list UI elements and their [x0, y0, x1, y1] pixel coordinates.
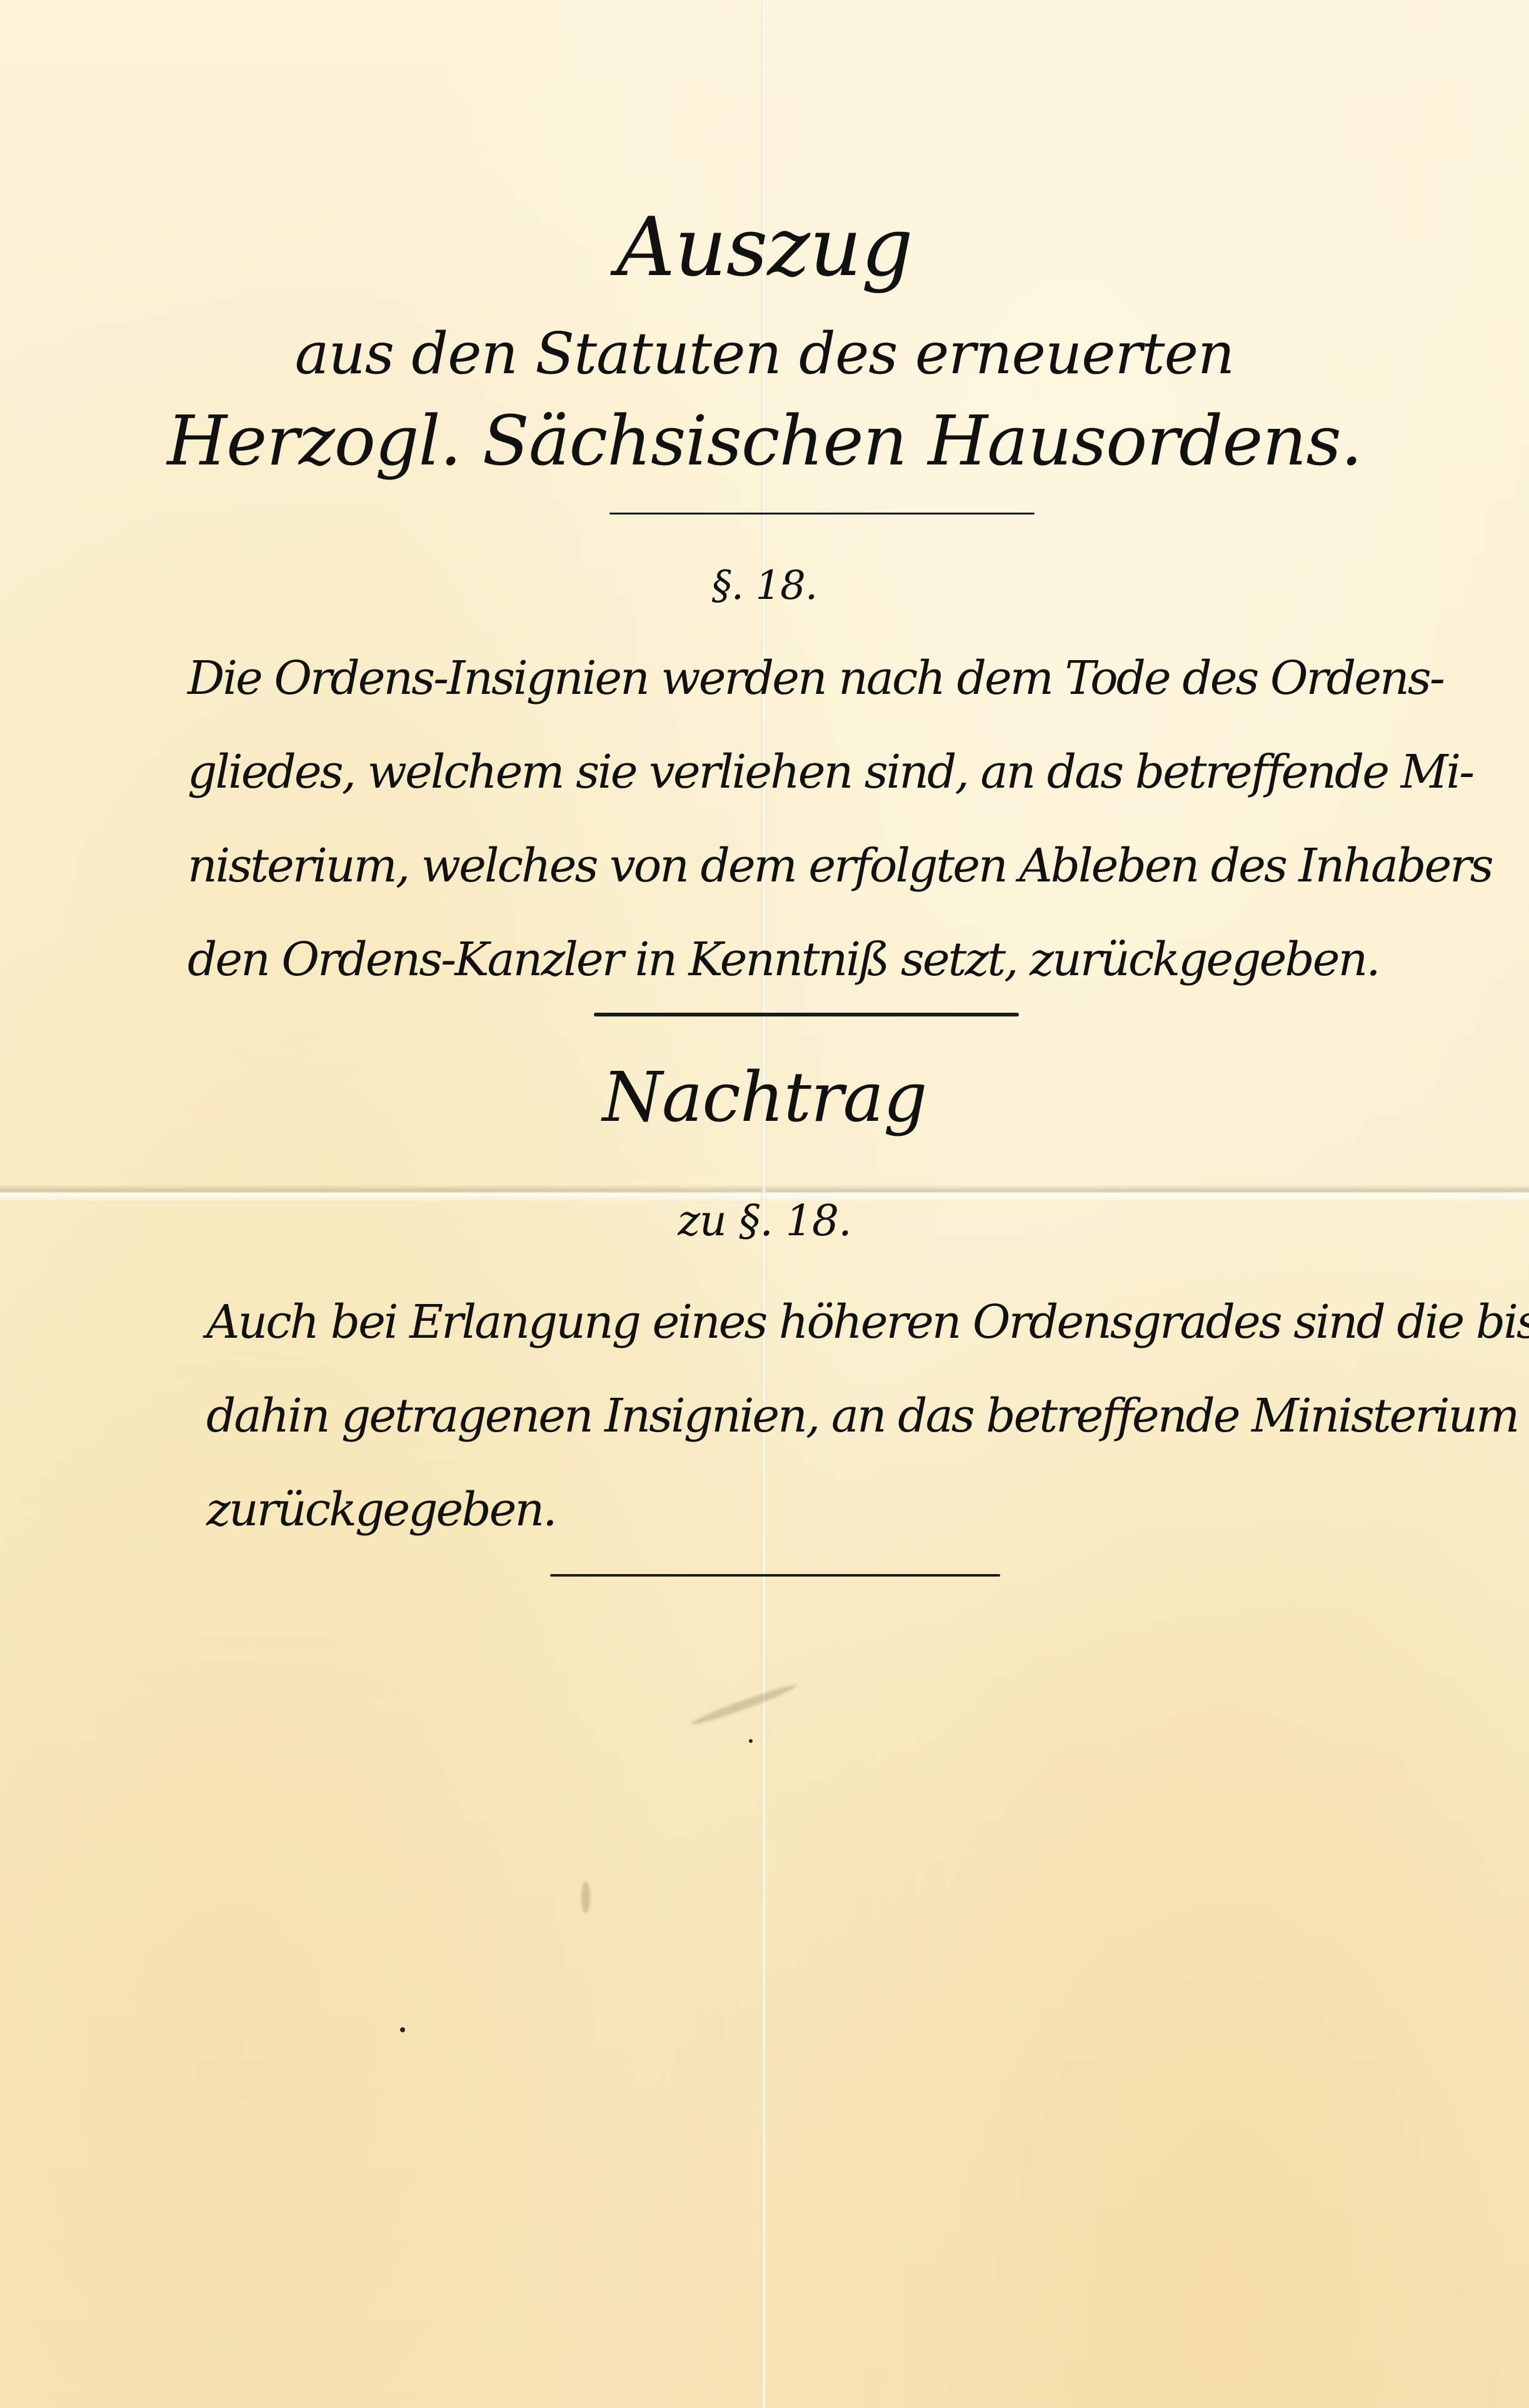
- ink-dot: [400, 2027, 405, 2032]
- paragraph-line: dahin getragenen Insignien, an das betre…: [206, 1369, 1431, 1463]
- supplement-paragraph: Auch bei Erlangung eines höheren Ordensg…: [206, 1275, 1431, 1557]
- divider-rule: [550, 1574, 1000, 1577]
- supplement-heading: Nachtrag: [0, 1063, 1529, 1131]
- document-subtitle-line-1: aus den Statuten des erneuerten: [0, 325, 1529, 383]
- supplement-subheading: zu §. 18.: [0, 1200, 1529, 1243]
- paragraph-line: gliedes, welchem sie verliehen sind, an …: [188, 725, 1413, 819]
- divider-rule: [594, 1013, 1019, 1016]
- paragraph-line: Die Ordens-Insignien werden nach dem Tod…: [188, 631, 1413, 725]
- paragraph-line: den Ordens-Kanzler in Kenntniß setzt, zu…: [188, 913, 1413, 1006]
- document-title: Auszug: [0, 206, 1529, 288]
- divider-rule: [609, 513, 1035, 514]
- ink-smudge: [581, 1882, 590, 1913]
- paragraph-line: Auch bei Erlangung eines höheren Ordensg…: [206, 1275, 1431, 1369]
- section-heading: §. 18.: [0, 566, 1529, 606]
- section-paragraph: Die Ordens-Insignien werden nach dem Tod…: [188, 631, 1413, 1006]
- paragraph-line: zurückgegeben.: [206, 1463, 1431, 1557]
- document-subtitle-line-2: Herzogl. Sächsischen Hausordens.: [0, 406, 1529, 475]
- ink-dot: [749, 1739, 753, 1743]
- paragraph-line: nisterium, welches von dem erfolgten Abl…: [188, 819, 1413, 913]
